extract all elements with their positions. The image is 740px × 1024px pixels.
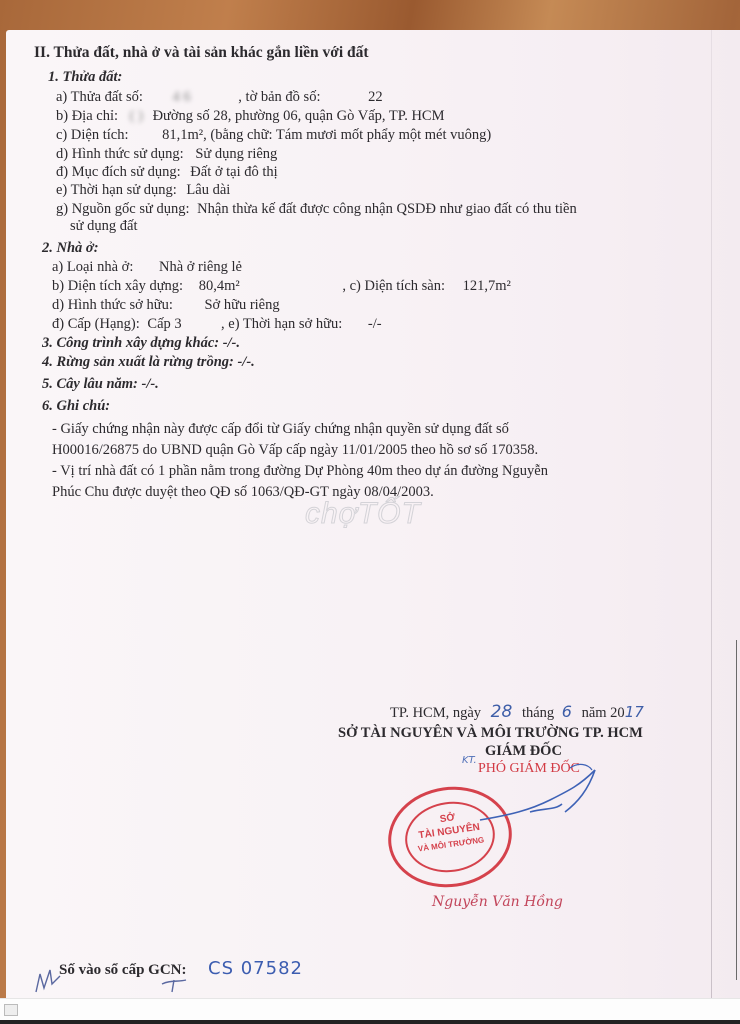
ownership-label: d) Hình thức sở hữu: bbox=[52, 297, 173, 313]
ownership-value: Sở hữu riêng bbox=[204, 297, 279, 313]
area-label: c) Diện tích: bbox=[56, 127, 128, 143]
paper-fold bbox=[711, 30, 712, 998]
term-row: e) Thời hạn sử dụng: Lâu dài bbox=[56, 181, 230, 199]
house-type-row: a) Loại nhà ở: Nhà ở riêng lẻ bbox=[52, 258, 242, 276]
note-line: - Giấy chứng nhận này được cấp đổi từ Gi… bbox=[52, 420, 509, 438]
use-form-row: d) Hình thức sử dụng: Sử dụng riêng bbox=[56, 145, 277, 163]
ownership-row: d) Hình thức sở hữu: Sở hữu riêng bbox=[52, 296, 280, 314]
house-type-label: a) Loại nhà ở: bbox=[52, 259, 133, 275]
address-number-redacted: ( ) bbox=[130, 107, 143, 125]
map-sheet-value: 22 bbox=[368, 89, 383, 105]
build-area-label: b) Diện tích xây dựng: bbox=[52, 278, 183, 294]
grade-row: đ) Cấp (Hạng): Cấp 3 , e) Thời hạn sở hữ… bbox=[52, 315, 382, 333]
note-line: H00016/26875 do UBND quận Gò Vấp cấp ngà… bbox=[52, 441, 538, 459]
term-value: Lâu dài bbox=[186, 182, 230, 198]
date-year: 17 bbox=[625, 703, 644, 721]
parcel-number-redacted: 4 6 bbox=[173, 88, 191, 106]
note-line: - Vị trí nhà đất có 1 phần nằm trong đườ… bbox=[52, 462, 548, 480]
director-title: GIÁM ĐỐC bbox=[485, 742, 562, 760]
origin-label: g) Nguồn gốc sử dụng: bbox=[56, 201, 190, 217]
director-signature bbox=[470, 760, 620, 840]
production-forest: 4. Rừng sản xuất là rừng trồng: -/-. bbox=[42, 353, 255, 371]
area-row: c) Diện tích: 81,1m², (bằng chữ: Tám mươ… bbox=[56, 126, 491, 144]
house-type-value: Nhà ở riêng lẻ bbox=[159, 259, 242, 275]
house-heading: 2. Nhà ở: bbox=[42, 239, 99, 257]
registry-number-value: CS 07582 bbox=[208, 958, 303, 979]
use-form-value: Sử dụng riêng bbox=[195, 146, 277, 162]
purpose-value: Đất ở tại đô thị bbox=[190, 164, 277, 180]
term-label: e) Thời hạn sử dụng: bbox=[56, 182, 177, 198]
map-sheet-label: , tờ bản đồ số: bbox=[238, 89, 320, 105]
section-title: II. Thửa đất, nhà ở và tài sản khác gắn … bbox=[34, 44, 369, 62]
place-date-prefix: TP. HCM, ngày bbox=[390, 705, 481, 721]
place-date: TP. HCM, ngày 28 tháng 6 năm 2017 bbox=[390, 703, 644, 722]
purpose-label: đ) Mục đích sử dụng: bbox=[56, 164, 181, 180]
grade-label: đ) Cấp (Hạng): bbox=[52, 316, 140, 332]
parcel-row: a) Thửa đất số: 4 6 , tờ bản đồ số: 22 bbox=[56, 88, 383, 106]
page-border bbox=[736, 640, 737, 980]
month-label: tháng bbox=[522, 705, 554, 721]
year-label: năm 20 bbox=[582, 705, 625, 721]
date-day: 28 bbox=[491, 702, 513, 722]
parcel-label: a) Thửa đất số: bbox=[56, 89, 143, 105]
house-area-row: b) Diện tích xây dựng: 80,4m² , c) Diện … bbox=[52, 277, 511, 295]
bottom-edge bbox=[0, 1020, 740, 1024]
use-form-label: d) Hình thức sử dụng: bbox=[56, 146, 184, 162]
purpose-row: đ) Mục đích sử dụng: Đất ở tại đô thị bbox=[56, 163, 278, 181]
issuing-agency: SỞ TÀI NGUYÊN VÀ MÔI TRƯỜNG TP. HCM bbox=[338, 724, 643, 742]
floor-area-value: 121,7m² bbox=[463, 278, 511, 294]
area-value: 81,1m², (bằng chữ: Tám mươi mốt phẩy một… bbox=[162, 127, 491, 143]
origin-value-continued: sử dụng đất bbox=[70, 217, 137, 235]
address-label: b) Địa chỉ: bbox=[56, 108, 118, 124]
address-row: b) Địa chỉ: ( ) Đường số 28, phường 06, … bbox=[56, 107, 445, 125]
build-area-value: 80,4m² bbox=[199, 277, 339, 295]
floor-area-label: , c) Diện tích sàn: bbox=[342, 278, 445, 294]
notes-heading: 6. Ghi chú: bbox=[42, 397, 110, 415]
origin-value: Nhận thừa kế đất được công nhận QSDĐ như… bbox=[197, 201, 577, 217]
own-term-value: -/- bbox=[368, 316, 382, 332]
perennial-trees: 5. Cây lâu năm: -/-. bbox=[42, 375, 159, 393]
other-construction: 3. Công trình xây dựng khác: -/-. bbox=[42, 334, 240, 352]
date-month: 6 bbox=[562, 702, 572, 721]
own-term-label: , e) Thời hạn sở hữu: bbox=[221, 316, 342, 332]
chotot-watermark: chợTỐT bbox=[305, 497, 421, 531]
registry-number-label: Số vào sổ cấp GCN: bbox=[59, 962, 187, 979]
signer-name: Nguyễn Văn Hồng bbox=[432, 894, 563, 910]
image-thumbnail-icon bbox=[4, 1004, 18, 1016]
origin-row: g) Nguồn gốc sử dụng: Nhận thừa kế đất đ… bbox=[56, 200, 577, 218]
address-value: Đường số 28, phường 06, quận Gò Vấp, TP.… bbox=[153, 108, 445, 124]
grade-value: Cấp 3 bbox=[147, 315, 217, 333]
land-heading: 1. Thửa đất: bbox=[48, 68, 122, 86]
